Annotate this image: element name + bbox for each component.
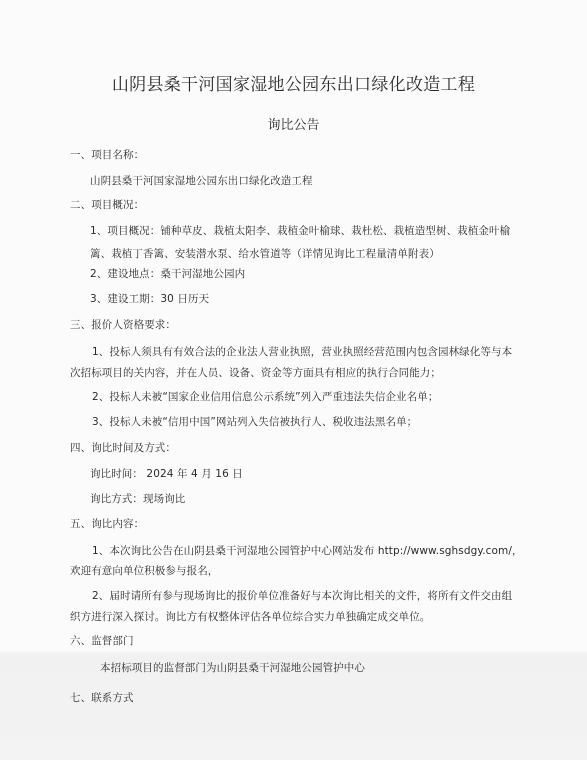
qualification-1-line-2: 次招标项目的关内容，并在人员、设备、资金等方面具有相应的执行合同能力； — [70, 366, 441, 380]
overview-item-2-location: 2、建设地点：桑干河湿地公园内 — [90, 267, 245, 281]
document-title: 山阴县桑干河国家湿地公园东出口绿化改造工程 — [0, 74, 587, 96]
overview-item-1-line-1: 1、项目概况：铺种草皮、栽植太阳李、栽植金叶榆球、栽杜松、栽植造型树、栽植金叶榆 — [90, 224, 510, 238]
section-heading-inquiry-time-method: 四、询比时间及方式： — [70, 441, 176, 455]
section-heading-contact: 七、联系方式 — [70, 691, 134, 705]
scanned-document-page: 山阴县桑干河国家湿地公园东出口绿化改造工程 询比公告 一、项目名称： 山阴县桑干… — [0, 0, 587, 760]
content-1-line-1: 1、本次询比公告在山阴县桑干河湿地公园管护中心网站发布 http://www.s… — [92, 544, 523, 558]
qualification-3: 3、投标人未被“信用中国”网站列入失信被执行人、税收违法黑名单； — [92, 415, 417, 429]
document-subtitle: 询比公告 — [0, 117, 587, 135]
content-2-line-1: 2、届时请所有参与现场询比的报价单位准备好与本次询比相关的文件，将所有文件交由组 — [92, 589, 512, 603]
overview-item-1-line-2: 篱、栽植丁香篱、安装潜水泵、给水管道等（详情见询比工程量清单附表） — [90, 247, 440, 261]
inquiry-method: 询比方式：现场询比 — [90, 492, 185, 506]
qualification-2: 2、投标人未被“国家企业信用信息公示系统”列入严重违法失信企业名单； — [92, 390, 438, 404]
section-heading-inquiry-content: 五、询比内容： — [70, 517, 144, 531]
content-1-line-2: 欢迎有意向单位积极参与报名， — [70, 564, 218, 578]
overview-item-3-duration: 3、建设工期：30 日历天 — [90, 292, 209, 306]
section-heading-bidder-qualifications: 三、报价人资格要求： — [70, 318, 176, 332]
inquiry-date: 询比时间： 2024 年 4 月 16 日 — [90, 467, 243, 481]
section-heading-project-name: 一、项目名称： — [70, 148, 144, 162]
project-name-text: 山阴县桑干河国家湿地公园东出口绿化改造工程 — [90, 174, 313, 188]
section-heading-supervision: 六、监督部门 — [70, 634, 134, 648]
section-heading-project-overview: 二、项目概况： — [70, 198, 144, 212]
qualification-1-line-1: 1、投标人须具有有效合法的企业法人营业执照，营业执照经营范围内包含园林绿化等与本 — [92, 345, 512, 359]
supervision-text: 本招标项目的监督部门为山阴县桑干河湿地公园管护中心 — [100, 661, 365, 675]
content-2-line-2: 织方进行深入探讨。询比方有权整体评估各单位综合实力单独确定成交单位。 — [70, 610, 430, 624]
